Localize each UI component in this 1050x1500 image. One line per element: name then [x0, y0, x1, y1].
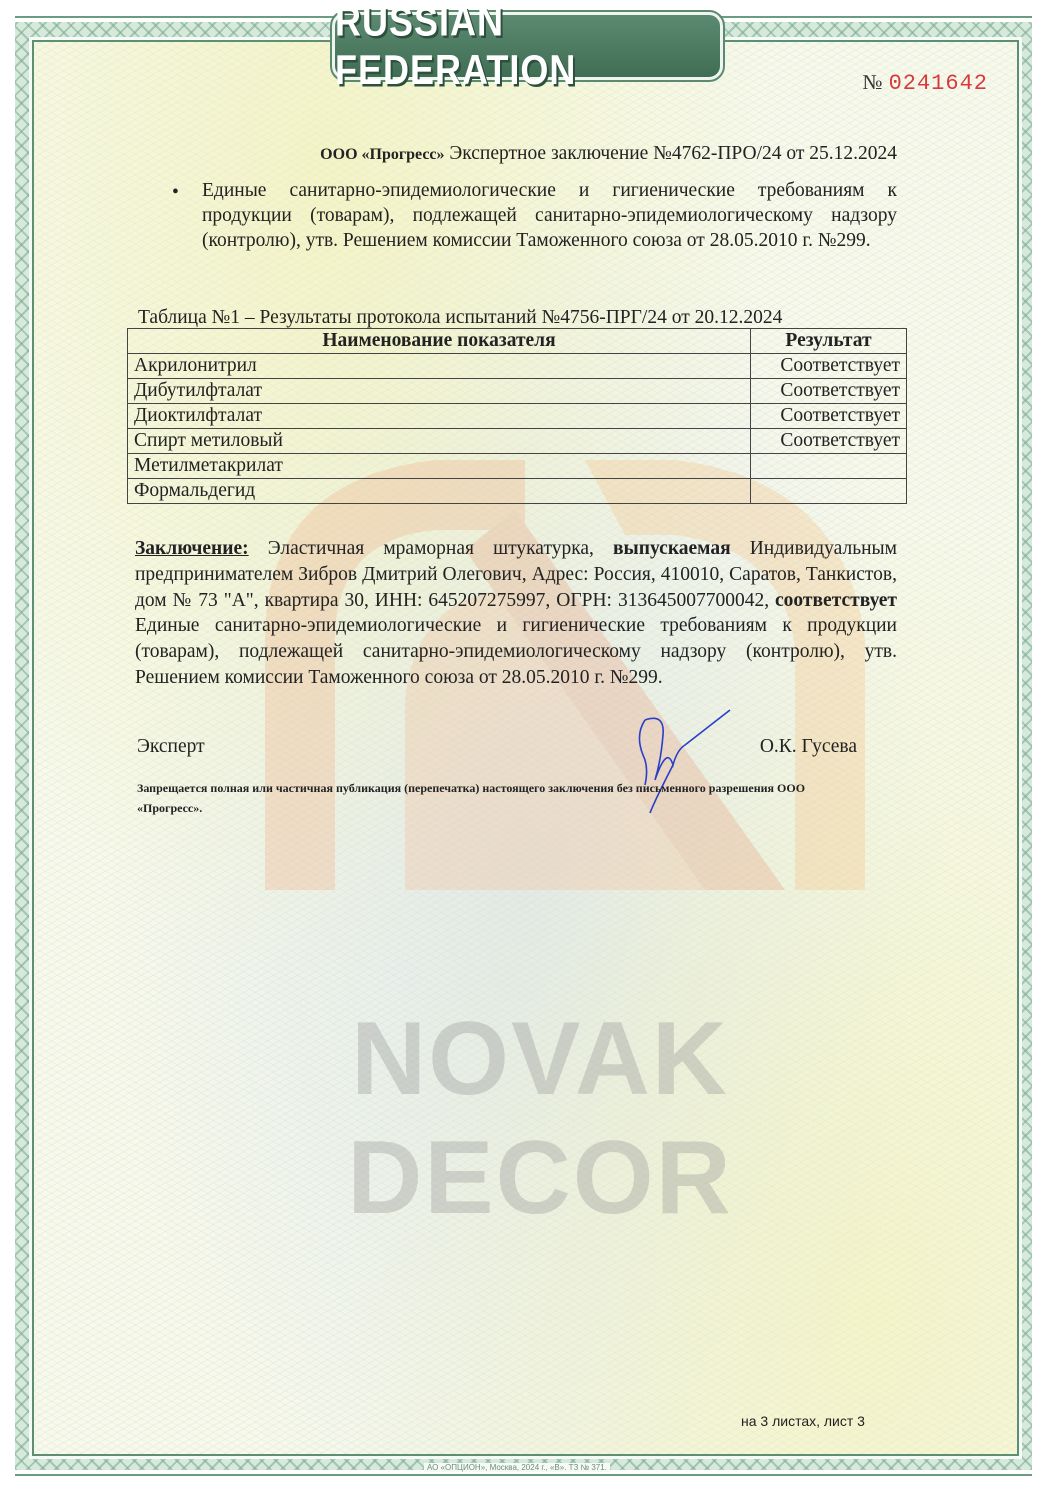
- serial-number: №0241642: [863, 70, 988, 96]
- expert-name: О.К. Гусева: [760, 734, 857, 759]
- conclusion-text: Единые санитарно-эпидемиологические и ги…: [135, 615, 897, 688]
- table-header-row: Наименование показателя Результат: [128, 329, 907, 354]
- column-header-indicator: Наименование показателя: [128, 329, 751, 354]
- conclusion-paragraph: Заключение: Эластичная мраморная штукату…: [135, 536, 897, 691]
- expert-role: Эксперт: [137, 736, 205, 757]
- table-row: Метилметакрилат: [128, 454, 907, 479]
- header-badge: RUSSIAN FEDERATION: [332, 12, 723, 80]
- conclusion-emphasis: выпускаемая: [613, 538, 731, 559]
- signature-row: Эксперт О.К. Гусева: [137, 734, 897, 764]
- table-row: Спирт метиловыйСоответствует: [128, 429, 907, 454]
- sheet-counter: на 3 листах, лист 3: [741, 1413, 865, 1429]
- column-header-result: Результат: [751, 329, 907, 354]
- watermark-text: NOVAK DECOR: [150, 1000, 930, 1238]
- conclusion-label: Заключение:: [135, 538, 249, 559]
- indicator-result: Соответствует: [751, 379, 907, 404]
- requirement-bullet: • Единые санитарно-эпидемиологические и …: [172, 178, 897, 253]
- indicator-result: Соответствует: [751, 404, 907, 429]
- indicator-name: Спирт метиловый: [128, 429, 751, 454]
- conclusion-emphasis: соответствует: [775, 590, 897, 611]
- indicator-name: Метилметакрилат: [128, 454, 751, 479]
- indicator-result: [751, 479, 907, 504]
- table-row: ДиоктилфталатСоответствует: [128, 404, 907, 429]
- conclusion-text: Эластичная мраморная штукатурка,: [249, 538, 613, 559]
- indicator-name: Формальдегид: [128, 479, 751, 504]
- document-reference: ООО «Прогресс» Экспертное заключение №47…: [135, 141, 897, 167]
- serial-value: 0241642: [889, 71, 988, 96]
- document-title: Экспертное заключение №4762-ПРО/24 от 25…: [449, 143, 897, 164]
- results-table: Наименование показателя Результат Акрило…: [127, 328, 907, 504]
- table-row: Формальдегид: [128, 479, 907, 504]
- indicator-result: Соответствует: [751, 354, 907, 379]
- badge-title: RUSSIAN FEDERATION: [335, 0, 720, 94]
- printer-imprint: АО «ОПЦИОН», Москва, 2024 г., «В». ТЗ № …: [424, 1463, 610, 1472]
- disclaimer: Запрещается полная или частичная публика…: [137, 778, 857, 818]
- organization-name: ООО «Прогресс»: [320, 146, 444, 163]
- indicator-result: Соответствует: [751, 429, 907, 454]
- indicator-name: Акрилонитрил: [128, 354, 751, 379]
- number-sign: №: [863, 70, 883, 94]
- indicator-result: [751, 454, 907, 479]
- indicator-name: Дибутилфталат: [128, 379, 751, 404]
- bullet-icon: •: [172, 180, 179, 205]
- indicator-name: Диоктилфталат: [128, 404, 751, 429]
- table-row: АкрилонитрилСоответствует: [128, 354, 907, 379]
- requirement-text: Единые санитарно-эпидемиологические и ги…: [202, 178, 897, 253]
- table-caption: Таблица №1 – Результаты протокола испыта…: [138, 305, 908, 330]
- table-row: ДибутилфталатСоответствует: [128, 379, 907, 404]
